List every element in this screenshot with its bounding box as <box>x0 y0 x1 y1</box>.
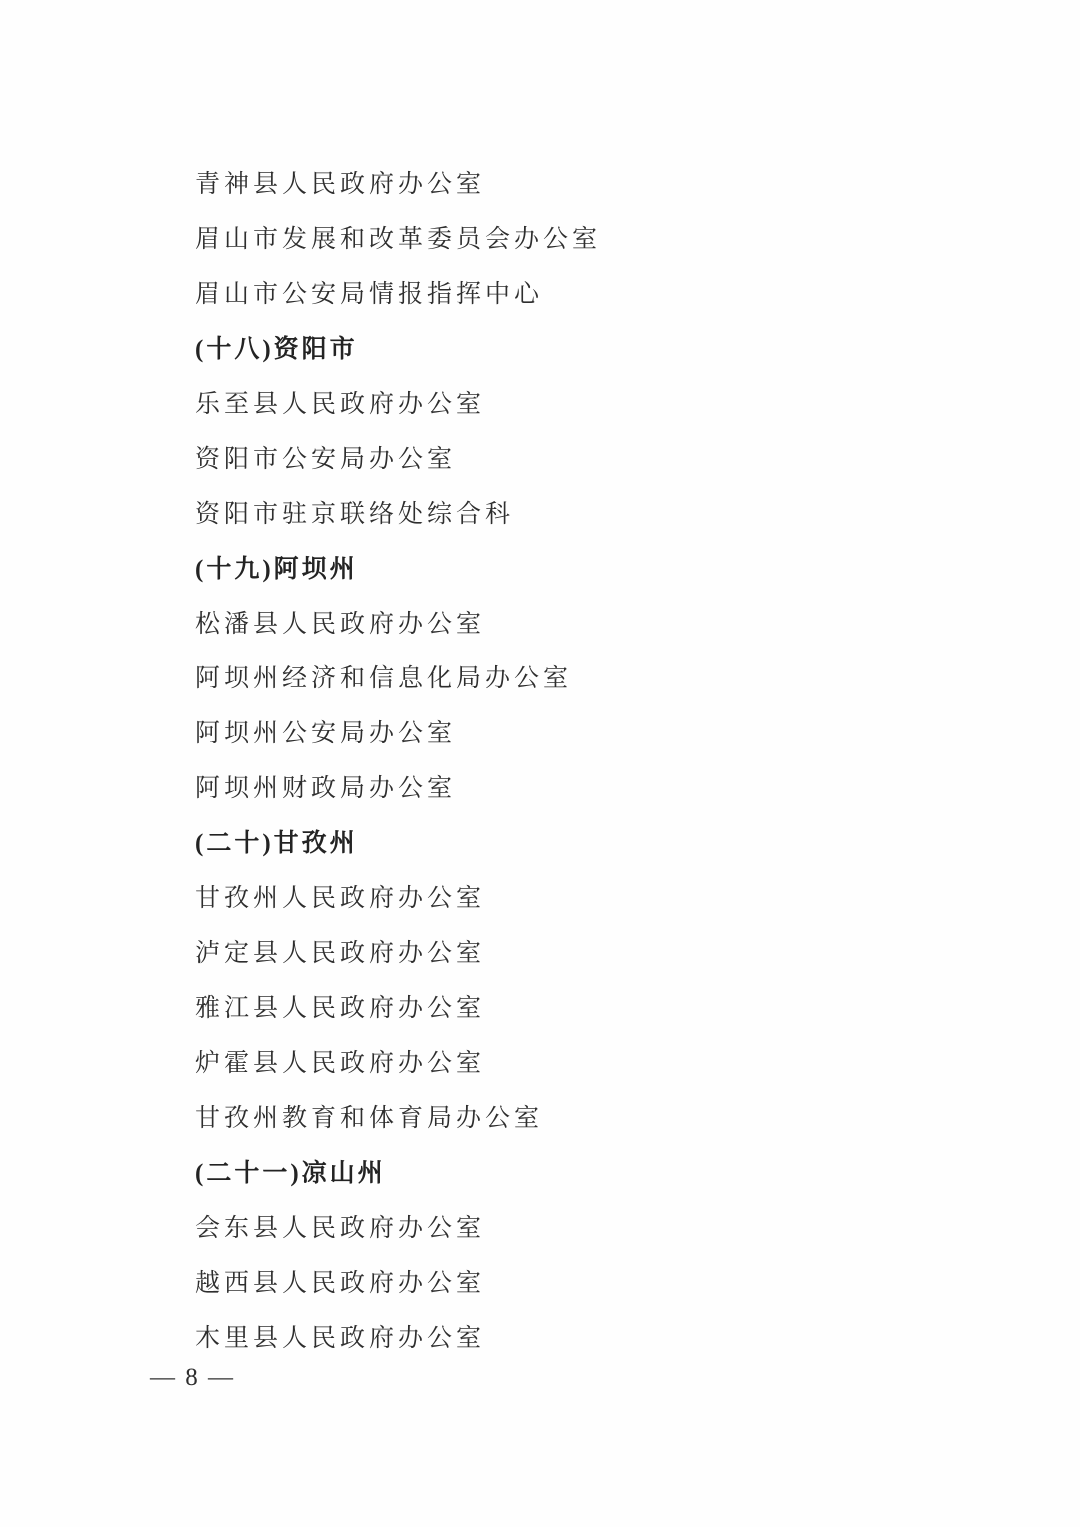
office-line: 甘孜州教育和体育局办公室 <box>195 1092 601 1147</box>
office-line: 青神县人民政府办公室 <box>195 158 601 213</box>
office-line: 乐至县人民政府办公室 <box>195 378 601 433</box>
office-line: 炉霍县人民政府办公室 <box>195 1037 601 1092</box>
office-line: 越西县人民政府办公室 <box>195 1257 601 1312</box>
office-line: 眉山市公安局情报指挥中心 <box>195 268 601 323</box>
section-heading: (二十一)凉山州 <box>195 1147 601 1202</box>
office-line: 阿坝州财政局办公室 <box>195 762 601 817</box>
office-line: 松潘县人民政府办公室 <box>195 598 601 653</box>
document-page: 青神县人民政府办公室眉山市发展和改革委员会办公室眉山市公安局情报指挥中心(十八)… <box>0 0 1080 1527</box>
office-line: 木里县人民政府办公室 <box>195 1312 601 1367</box>
office-line: 眉山市发展和改革委员会办公室 <box>195 213 601 268</box>
office-line: 资阳市公安局办公室 <box>195 433 601 488</box>
office-line: 甘孜州人民政府办公室 <box>195 872 601 927</box>
section-heading: (十九)阿坝州 <box>195 543 601 598</box>
section-heading: (十八)资阳市 <box>195 323 601 378</box>
document-lines: 青神县人民政府办公室眉山市发展和改革委员会办公室眉山市公安局情报指挥中心(十八)… <box>195 158 601 1367</box>
office-line: 资阳市驻京联络处综合科 <box>195 488 601 543</box>
office-line: 阿坝州公安局办公室 <box>195 707 601 762</box>
office-line: 会东县人民政府办公室 <box>195 1202 601 1257</box>
office-line: 阿坝州经济和信息化局办公室 <box>195 652 601 707</box>
office-line: 雅江县人民政府办公室 <box>195 982 601 1037</box>
page-number: — 8 — <box>150 1362 235 1394</box>
office-line: 泸定县人民政府办公室 <box>195 927 601 982</box>
section-heading: (二十)甘孜州 <box>195 817 601 872</box>
